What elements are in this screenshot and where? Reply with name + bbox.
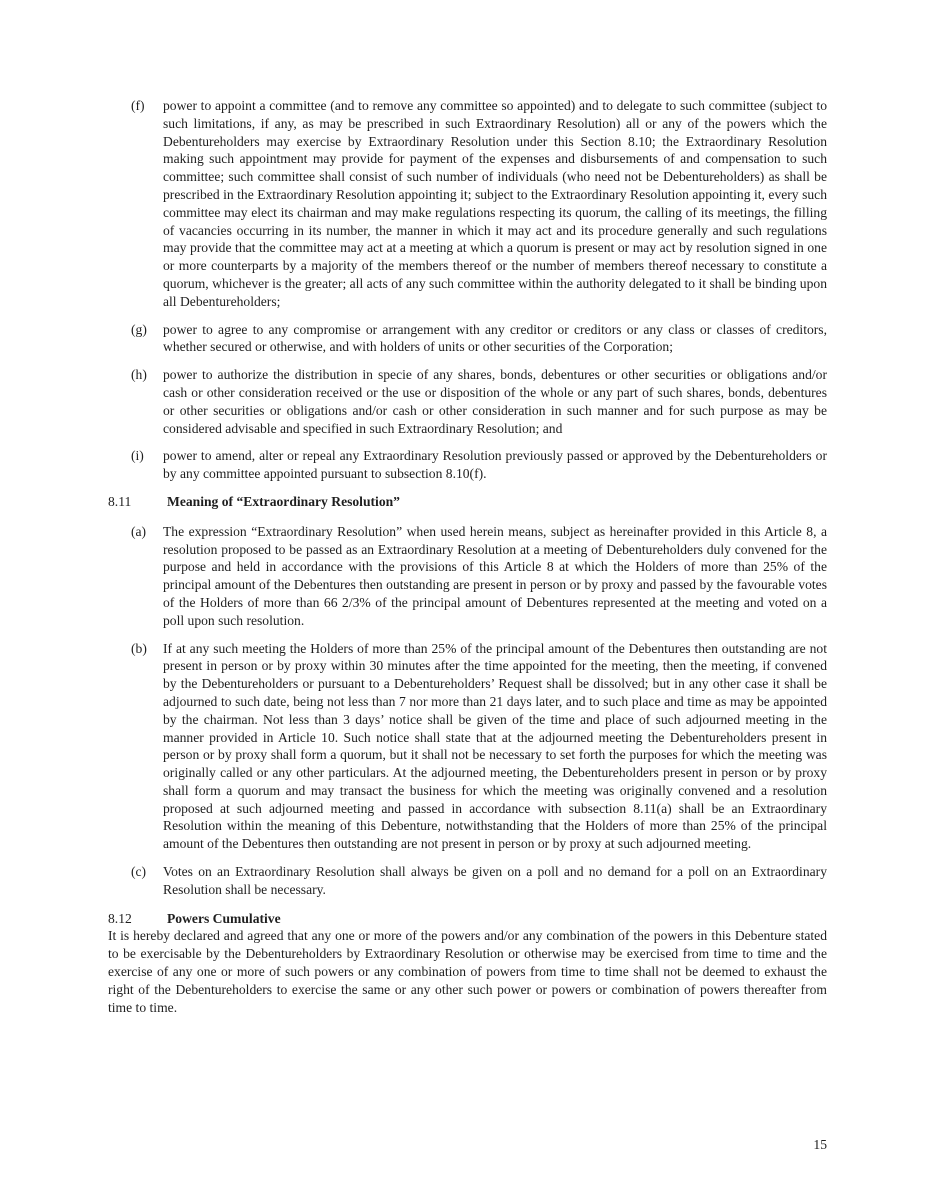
list-item-label: (b): [108, 640, 163, 854]
list-item-text: Votes on an Extraordinary Resolution sha…: [163, 863, 827, 899]
section-heading-8-12: 8.12 Powers Cumulative: [108, 910, 827, 928]
section-title: Powers Cumulative: [167, 910, 281, 928]
list-item-c: (c) Votes on an Extraordinary Resolution…: [108, 863, 827, 899]
list-item-a: (a) The expression “Extraordinary Resolu…: [108, 523, 827, 630]
section-heading-8-11: 8.11 Meaning of “Extraordinary Resolutio…: [108, 493, 827, 511]
section-title: Meaning of “Extraordinary Resolution”: [167, 493, 400, 511]
list-item-label: (g): [108, 321, 163, 357]
list-item-text: If at any such meeting the Holders of mo…: [163, 640, 827, 854]
list-item-b: (b) If at any such meeting the Holders o…: [108, 640, 827, 854]
section-number: 8.11: [108, 493, 167, 511]
list-item-label: (f): [108, 97, 163, 311]
list-item-text: The expression “Extraordinary Resolution…: [163, 523, 827, 630]
section-body-paragraph: It is hereby declared and agreed that an…: [108, 927, 827, 1016]
list-item-label: (h): [108, 366, 163, 437]
document-content: (f) power to appoint a committee (and to…: [108, 97, 827, 1016]
section-number: 8.12: [108, 910, 167, 928]
list-item-h: (h) power to authorize the distribution …: [108, 366, 827, 437]
list-item-label: (c): [108, 863, 163, 899]
document-page: (f) power to appoint a committee (and to…: [0, 0, 934, 1178]
list-item-label: (a): [108, 523, 163, 630]
list-item-label: (i): [108, 447, 163, 483]
list-item-text: power to appoint a committee (and to rem…: [163, 97, 827, 311]
list-item-f: (f) power to appoint a committee (and to…: [108, 97, 827, 311]
list-item-g: (g) power to agree to any compromise or …: [108, 321, 827, 357]
page-number: 15: [813, 1136, 827, 1154]
list-item-text: power to authorize the distribution in s…: [163, 366, 827, 437]
list-item-text: power to amend, alter or repeal any Extr…: [163, 447, 827, 483]
list-item-i: (i) power to amend, alter or repeal any …: [108, 447, 827, 483]
list-item-text: power to agree to any compromise or arra…: [163, 321, 827, 357]
